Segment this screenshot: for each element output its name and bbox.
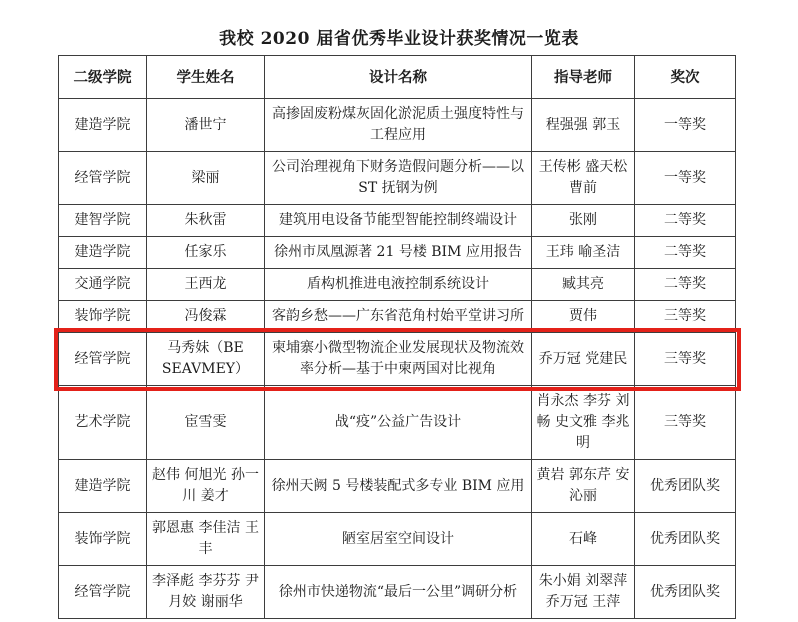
header-student: 学生姓名 [147, 56, 265, 99]
cell-advisor: 乔万冠 党建民 [532, 333, 635, 386]
cell-design: 战“疫”公益广告设计 [265, 386, 532, 460]
header-design: 设计名称 [265, 56, 532, 99]
cell-advisor: 臧其亮 [532, 269, 635, 301]
cell-design: 盾构机推进电液控制系统设计 [265, 269, 532, 301]
cell-advisor: 程强强 郭玉 [532, 99, 635, 152]
table-row: 建造学院 潘世宁 高掺固废粉煤灰固化淤泥质土强度特性与工程应用 程强强 郭玉 一… [59, 99, 736, 152]
cell-award: 二等奖 [635, 237, 736, 269]
award-table: 二级学院 学生姓名 设计名称 指导老师 奖次 建造学院 潘世宁 高掺固废粉煤灰固… [58, 55, 736, 619]
cell-design: 高掺固废粉煤灰固化淤泥质土强度特性与工程应用 [265, 99, 532, 152]
header-college: 二级学院 [59, 56, 147, 99]
cell-advisor: 张刚 [532, 205, 635, 237]
table-row: 建智学院 朱秋雷 建筑用电设备节能型智能控制终端设计 张刚 二等奖 [59, 205, 736, 237]
cell-award: 三等奖 [635, 386, 736, 460]
cell-college: 建造学院 [59, 237, 147, 269]
cell-student: 赵伟 何旭光 孙一川 姜才 [147, 460, 265, 513]
cell-student: 王西龙 [147, 269, 265, 301]
cell-award: 优秀团队奖 [635, 513, 736, 566]
cell-design: 建筑用电设备节能型智能控制终端设计 [265, 205, 532, 237]
cell-award: 二等奖 [635, 205, 736, 237]
cell-advisor: 黄岩 郭东芹 安沁丽 [532, 460, 635, 513]
cell-college: 交通学院 [59, 269, 147, 301]
table-row: 装饰学院 郭恩惠 李佳洁 王丰 陋室居室空间设计 石峰 优秀团队奖 [59, 513, 736, 566]
highlighted-table-row: 经管学院 马秀妹（BE SEAVMEY） 柬埔寨小微型物流企业发展现状及物流效率… [59, 333, 736, 386]
table-row: 建造学院 赵伟 何旭光 孙一川 姜才 徐州天阙 5 号楼装配式多专业 BIM 应… [59, 460, 736, 513]
cell-college: 经管学院 [59, 566, 147, 619]
cell-college: 建智学院 [59, 205, 147, 237]
cell-student: 梁丽 [147, 152, 265, 205]
cell-design: 徐州市凤凰源著 21 号楼 BIM 应用报告 [265, 237, 532, 269]
cell-advisor: 王玮 喻圣洁 [532, 237, 635, 269]
document-page: 我校 2020 届省优秀毕业设计获奖情况一览表 二级学院 学生姓名 设计名称 指… [0, 0, 798, 622]
cell-award: 三等奖 [635, 333, 736, 386]
cell-design: 柬埔寨小微型物流企业发展现状及物流效率分析—基于中柬两国对比视角 [265, 333, 532, 386]
cell-design: 陋室居室空间设计 [265, 513, 532, 566]
table-row: 艺术学院 宦雪雯 战“疫”公益广告设计 肖永杰 李芬 刘畅 史文雅 李兆明 三等… [59, 386, 736, 460]
cell-advisor: 贾伟 [532, 301, 635, 333]
cell-college: 经管学院 [59, 152, 147, 205]
cell-design: 徐州天阙 5 号楼装配式多专业 BIM 应用 [265, 460, 532, 513]
cell-college: 艺术学院 [59, 386, 147, 460]
cell-college: 装饰学院 [59, 301, 147, 333]
header-award: 奖次 [635, 56, 736, 99]
cell-award: 二等奖 [635, 269, 736, 301]
cell-award: 优秀团队奖 [635, 460, 736, 513]
cell-advisor: 朱小娟 刘翠萍 乔万冠 王萍 [532, 566, 635, 619]
cell-design: 客韵乡愁——广东省范角村始平堂讲习所 [265, 301, 532, 333]
table-row: 交通学院 王西龙 盾构机推进电液控制系统设计 臧其亮 二等奖 [59, 269, 736, 301]
cell-student: 冯俊霖 [147, 301, 265, 333]
cell-advisor: 石峰 [532, 513, 635, 566]
cell-college: 装饰学院 [59, 513, 147, 566]
table-header-row: 二级学院 学生姓名 设计名称 指导老师 奖次 [59, 56, 736, 99]
cell-advisor: 肖永杰 李芬 刘畅 史文雅 李兆明 [532, 386, 635, 460]
cell-award: 优秀团队奖 [635, 566, 736, 619]
cell-award: 一等奖 [635, 99, 736, 152]
header-advisor: 指导老师 [532, 56, 635, 99]
cell-award: 三等奖 [635, 301, 736, 333]
cell-college: 建造学院 [59, 99, 147, 152]
cell-student: 郭恩惠 李佳洁 王丰 [147, 513, 265, 566]
cell-student: 任家乐 [147, 237, 265, 269]
cell-advisor: 王传彬 盛天松 曹前 [532, 152, 635, 205]
page-title: 我校 2020 届省优秀毕业设计获奖情况一览表 [0, 24, 798, 49]
cell-award: 一等奖 [635, 152, 736, 205]
cell-student: 李泽彪 李芬芬 尹月姣 谢丽华 [147, 566, 265, 619]
table-row: 经管学院 梁丽 公司治理视角下财务造假问题分析——以 ST 抚钢为例 王传彬 盛… [59, 152, 736, 205]
table-row: 建造学院 任家乐 徐州市凤凰源著 21 号楼 BIM 应用报告 王玮 喻圣洁 二… [59, 237, 736, 269]
cell-design: 徐州市快递物流“最后一公里”调研分析 [265, 566, 532, 619]
cell-student: 潘世宁 [147, 99, 265, 152]
cell-college: 建造学院 [59, 460, 147, 513]
cell-student: 马秀妹（BE SEAVMEY） [147, 333, 265, 386]
cell-college: 经管学院 [59, 333, 147, 386]
table-row: 装饰学院 冯俊霖 客韵乡愁——广东省范角村始平堂讲习所 贾伟 三等奖 [59, 301, 736, 333]
cell-student: 朱秋雷 [147, 205, 265, 237]
cell-student: 宦雪雯 [147, 386, 265, 460]
table-row: 经管学院 李泽彪 李芬芬 尹月姣 谢丽华 徐州市快递物流“最后一公里”调研分析 … [59, 566, 736, 619]
cell-design: 公司治理视角下财务造假问题分析——以 ST 抚钢为例 [265, 152, 532, 205]
